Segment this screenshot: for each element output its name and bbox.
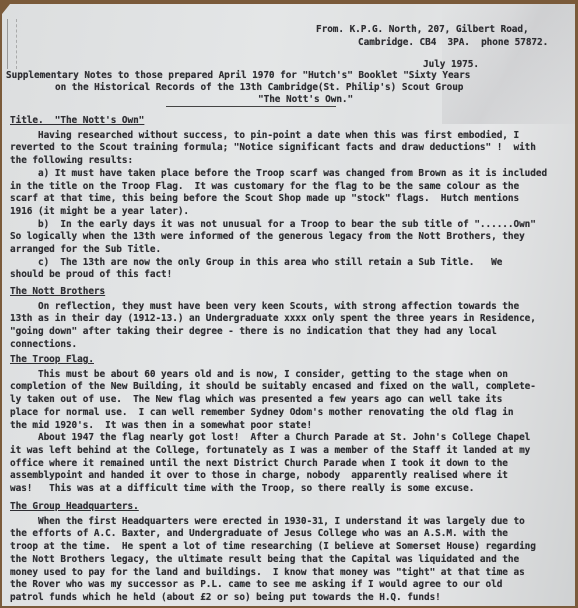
body-line: money used to pay for the land and build… bbox=[10, 567, 525, 580]
title-line-2: on the Historical Records of the 13th Ca… bbox=[55, 82, 463, 95]
body-line: assemblypoint and handed it over to thos… bbox=[10, 470, 508, 483]
typewritten-page: From. K.P.G. North, 207, Gilbert Road, C… bbox=[2, 4, 575, 606]
section-heading: The Group Headquarters. bbox=[10, 501, 139, 514]
body-line: About 1947 the flag nearly got lost! Aft… bbox=[10, 432, 530, 445]
body-line: office where it remained until the next … bbox=[10, 458, 508, 471]
body-line: place for normal use. I can well remembe… bbox=[10, 407, 513, 420]
title-line-3: "The Nott's Own." bbox=[258, 94, 353, 107]
body-line: So logically when the 13th were informed… bbox=[10, 231, 525, 244]
letterhead-from-line2: Cambridge. CB4 3PA. phone 57872. bbox=[358, 37, 548, 50]
body-line: arranged for the Sub Title. bbox=[10, 244, 161, 257]
body-line: patrol funds which he held (about £2 or … bbox=[10, 592, 441, 605]
body-line: reverted to the Scout training formula; … bbox=[10, 142, 536, 155]
letterhead-from-line1: From. K.P.G. North, 207, Gilbert Road, bbox=[316, 24, 529, 37]
body-line: scarf at that time, this being before th… bbox=[10, 193, 519, 206]
body-line: This must be about 60 years old and is n… bbox=[10, 369, 508, 382]
body-line: completion of the New Building, it shoul… bbox=[10, 381, 536, 394]
torn-corner bbox=[7, 19, 17, 69]
title-line-1: Supplementary Notes to those prepared Ap… bbox=[6, 70, 470, 83]
body-line: was! This was at a difficult time with t… bbox=[10, 483, 474, 496]
body-line: should be proud of this fact! bbox=[10, 269, 172, 282]
body-line: "going down" after taking their degree -… bbox=[10, 326, 497, 339]
body-line: in the title on the Troop Flag. It was c… bbox=[10, 181, 519, 194]
body-line: troop at the time. He spent a lot of tim… bbox=[10, 541, 536, 554]
section-heading: The Troop Flag. bbox=[10, 354, 94, 367]
body-line: the efforts of A.C. Baxter, and Undergra… bbox=[10, 528, 508, 541]
body-line: the Rover who was my successor as P.L. c… bbox=[10, 579, 502, 592]
body-line: 13th as in their day (1912-13.) an Under… bbox=[10, 313, 536, 326]
body-line: the mid 1920's. It was then in a somewha… bbox=[10, 420, 312, 433]
body-line: On reflection, they must have been very … bbox=[10, 301, 519, 314]
body-line: 1916 (it might be a year later). bbox=[10, 206, 189, 219]
body-line: When the first Headquarters were erected… bbox=[10, 516, 525, 529]
body-line: connections. bbox=[10, 339, 77, 352]
body-line: it was left behind at the College, fortu… bbox=[10, 445, 530, 458]
body-line: b) In the early days it was not unusual … bbox=[10, 219, 536, 232]
body-line: a) It must have taken place before the T… bbox=[10, 168, 547, 181]
body-line: the Nott Brothers legacy, the ultimate r… bbox=[10, 554, 519, 567]
section-heading: The Nott Brothers bbox=[10, 286, 105, 299]
title-divider bbox=[166, 106, 336, 107]
body-line: ly taken out of use. The New flag which … bbox=[10, 394, 502, 407]
section-heading: Title. "The Nott's Own" bbox=[10, 115, 144, 128]
body-line: c) The 13th are now the only Group in th… bbox=[10, 257, 502, 270]
body-line: Having researched without success, to pi… bbox=[10, 130, 519, 143]
body-line: the following results: bbox=[10, 155, 133, 168]
